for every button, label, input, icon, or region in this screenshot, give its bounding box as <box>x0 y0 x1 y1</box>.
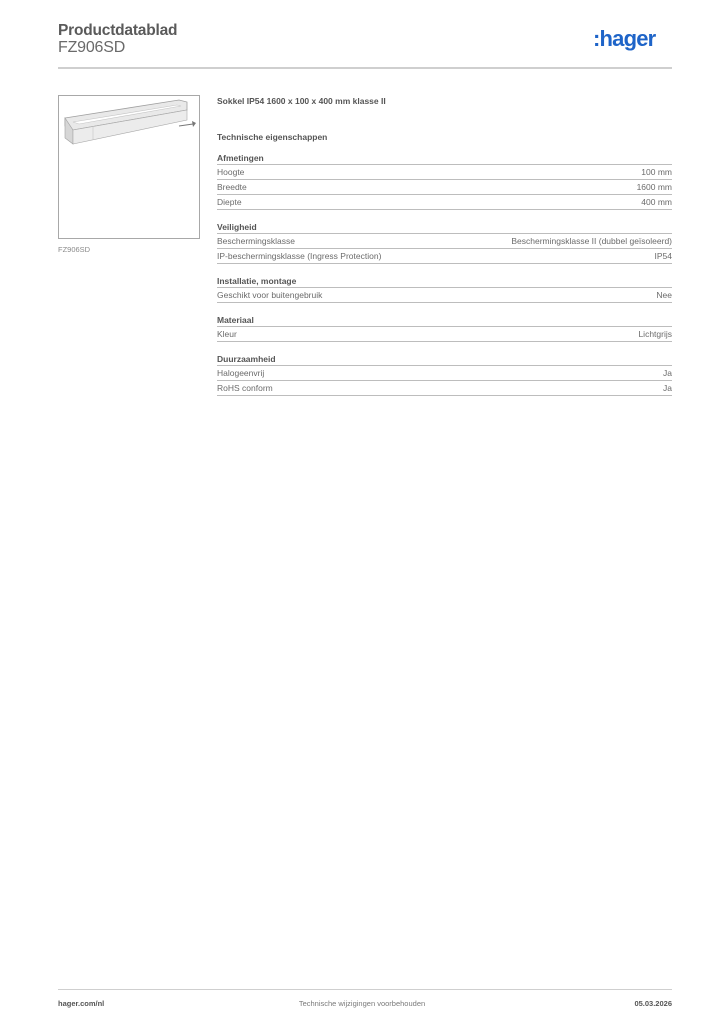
spec-label: Breedte <box>217 180 247 194</box>
document-title: Productdatablad <box>58 22 177 40</box>
spec-value: 400 mm <box>641 195 672 209</box>
spec-value: Beschermingsklasse II (dubbel geïsoleerd… <box>511 234 672 248</box>
spec-value: 100 mm <box>641 165 672 179</box>
spec-row: Hoogte 100 mm <box>217 165 672 180</box>
hager-logo: :hager <box>593 28 655 50</box>
plinth-illustration-icon <box>59 96 199 238</box>
spec-value: Nee <box>656 288 672 302</box>
image-caption: FZ906SD <box>58 245 90 254</box>
spec-group-veiligheid: Veiligheid Beschermingsklasse Beschermin… <box>217 222 672 264</box>
spec-group-installatie: Installatie, montage Geschikt voor buite… <box>217 276 672 303</box>
spec-label: Geschikt voor buitengebruik <box>217 288 322 302</box>
group-title: Installatie, montage <box>217 276 672 288</box>
section-title: Technische eigenschappen <box>217 131 672 145</box>
footer-disclaimer: Technische wijzigingen voorbehouden <box>0 999 724 1008</box>
footer-divider <box>58 989 672 990</box>
group-title: Veiligheid <box>217 222 672 234</box>
footer-date: 05.03.2026 <box>634 999 672 1008</box>
spec-group-materiaal: Materiaal Kleur Lichtgrijs <box>217 315 672 342</box>
spec-row: Geschikt voor buitengebruik Nee <box>217 288 672 303</box>
spec-group-afmetingen: Afmetingen Hoogte 100 mm Breedte 1600 mm… <box>217 153 672 210</box>
spec-row: Kleur Lichtgrijs <box>217 327 672 342</box>
spec-label: RoHS conform <box>217 381 273 395</box>
spec-label: IP-beschermingsklasse (Ingress Protectio… <box>217 249 381 263</box>
spec-label: Hoogte <box>217 165 244 179</box>
spec-row: IP-beschermingsklasse (Ingress Protectio… <box>217 249 672 264</box>
article-number: FZ906SD <box>58 39 125 57</box>
spec-value: Ja <box>663 366 672 380</box>
spec-label: Beschermingsklasse <box>217 234 295 248</box>
spec-value: Ja <box>663 381 672 395</box>
spec-row: Halogeenvrij Ja <box>217 366 672 381</box>
group-title: Afmetingen <box>217 153 672 165</box>
spec-label: Kleur <box>217 327 237 341</box>
spec-value: 1600 mm <box>637 180 672 194</box>
spec-group-duurzaamheid: Duurzaamheid Halogeenvrij Ja RoHS confor… <box>217 354 672 396</box>
spec-label: Diepte <box>217 195 242 209</box>
header-divider <box>58 67 672 69</box>
spec-content: Sokkel IP54 1600 x 100 x 400 mm klasse I… <box>217 95 672 396</box>
product-name: Sokkel IP54 1600 x 100 x 400 mm klasse I… <box>217 95 672 111</box>
spec-row: Breedte 1600 mm <box>217 180 672 195</box>
spec-value: Lichtgrijs <box>638 327 672 341</box>
group-title: Duurzaamheid <box>217 354 672 366</box>
spec-row: Diepte 400 mm <box>217 195 672 210</box>
spec-label: Halogeenvrij <box>217 366 264 380</box>
spec-row: Beschermingsklasse Beschermingsklasse II… <box>217 234 672 249</box>
spec-row: RoHS conform Ja <box>217 381 672 396</box>
spec-value: IP54 <box>655 249 673 263</box>
group-title: Materiaal <box>217 315 672 327</box>
product-image <box>58 95 200 239</box>
